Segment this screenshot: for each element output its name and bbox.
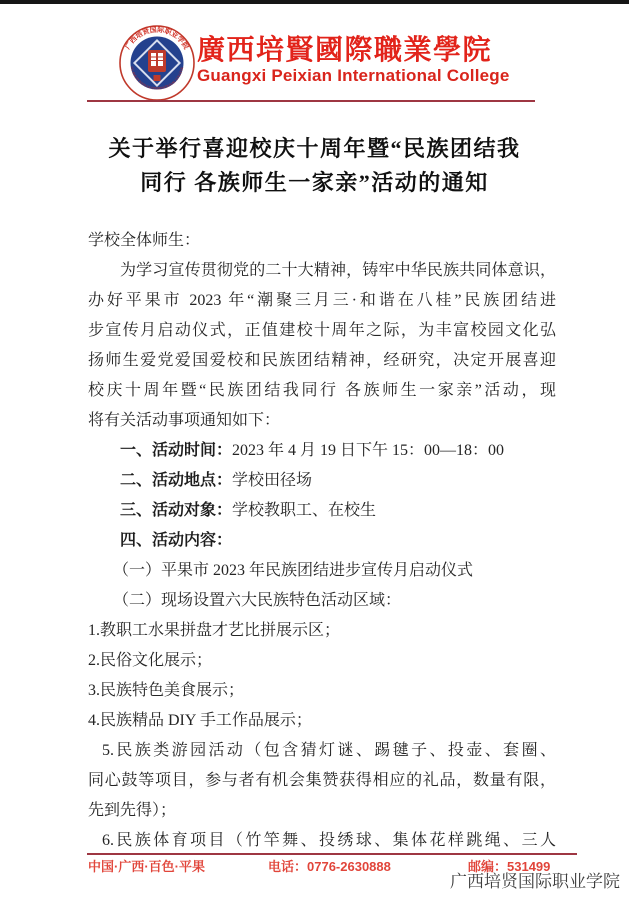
content-item-1: （一）平果市 2023 年民族团结进步宣传月启动仪式: [88, 556, 556, 586]
org-name-watermark: 广西培贤国际职业学院: [450, 872, 620, 892]
zone-item-1: 1.教职工水果拼盘才艺比拼展示区；: [88, 616, 556, 646]
notice-document-page: 广西培贤国际职业学院 GUANGXI PEIXIAN INTERNATIONAL…: [0, 0, 629, 899]
college-name-zh: 廣西培賢國際職業學院: [197, 28, 617, 68]
section-activity-audience: 三、活动对象：学校教职工、在校生: [88, 496, 556, 526]
top-edge-bar: [0, 0, 629, 4]
section-activity-time-label: 一、活动时间：: [120, 442, 232, 459]
zone-item-2: 2.民俗文化展示；: [88, 646, 556, 676]
college-seal-icon: 广西培贤国际职业学院 GUANGXI PEIXIAN INTERNATIONAL…: [118, 24, 196, 102]
footer-contact-row: 中国·广西·百色·平果 电话：0776-2630888 邮编：531499: [0, 856, 629, 872]
zone-item-3: 3.民族特色美食展示；: [88, 676, 556, 706]
zone-item-5-line2: 同心鼓等项目，参与者有机会集赞获得相应的礼品，数量有限，: [88, 766, 556, 796]
salutation: 学校全体师生：: [88, 226, 556, 256]
intro-line-1: 为学习宣传贯彻党的二十大精神，铸牢中华民族共同体意识，: [88, 256, 556, 286]
section-activity-time-value: 2023 年 4 月 19 日下午 15：00—18：00: [232, 442, 504, 459]
notice-body: 学校全体师生： 为学习宣传贯彻党的二十大精神，铸牢中华民族共同体意识， 办好平果…: [88, 226, 556, 856]
section-activity-audience-label: 三、活动对象：: [120, 502, 232, 519]
footer-phone: 电话：0776-2630888: [268, 856, 391, 875]
section-activity-time: 一、活动时间：2023 年 4 月 19 日下午 15：00—18：00: [88, 436, 556, 466]
zone-item-5-line3: 先到先得）；: [88, 796, 556, 826]
section-activity-content-label: 四、活动内容：: [120, 532, 232, 549]
notice-title: 关于举行喜迎校庆十周年暨“民族团结我 同行 各族师生一家亲”活动的通知: [0, 132, 629, 200]
zone-item-4: 4.民族精品 DIY 手工作品展示；: [88, 706, 556, 736]
zone-item-6-line1: 6.民族体育项目（竹竿舞、投绣球、集体花样跳绳、三人: [88, 826, 556, 856]
content-item-2: （二）现场设置六大民族特色活动区域：: [88, 586, 556, 616]
footer-divider: [87, 853, 577, 855]
intro-line-4: 扬师生爱党爱国爱校和民族团结精神，经研究，决定开展喜迎: [88, 346, 556, 376]
intro-line-5: 校庆十周年暨“民族团结我同行 各族师生一家亲”活动，现: [88, 376, 556, 406]
section-activity-audience-value: 学校教职工、在校生: [232, 502, 376, 519]
intro-line-3: 步宣传月启动仪式，正值建校十周年之际，为丰富校园文化弘: [88, 316, 556, 346]
zone-item-5-line1: 5.民族类游园活动（包含猜灯谜、踢毽子、投壶、套圈、: [88, 736, 556, 766]
section-activity-venue-label: 二、活动地点：: [120, 472, 232, 489]
section-activity-content: 四、活动内容：: [88, 526, 556, 556]
notice-title-line1: 关于举行喜迎校庆十周年暨“民族团结我: [0, 132, 629, 166]
header-divider: [87, 100, 535, 102]
notice-title-line2: 同行 各族师生一家亲”活动的通知: [0, 166, 629, 200]
section-activity-venue: 二、活动地点：学校田径场: [88, 466, 556, 496]
college-name-en: Guangxi Peixian International College: [197, 66, 510, 86]
intro-line-6: 将有关活动事项通知如下：: [88, 406, 556, 436]
section-activity-venue-value: 学校田径场: [232, 472, 312, 489]
footer-location: 中国·广西·百色·平果: [88, 856, 205, 875]
intro-line-2: 办好平果市 2023 年“潮聚三月三·和谐在八桂”民族团结进: [88, 286, 556, 316]
